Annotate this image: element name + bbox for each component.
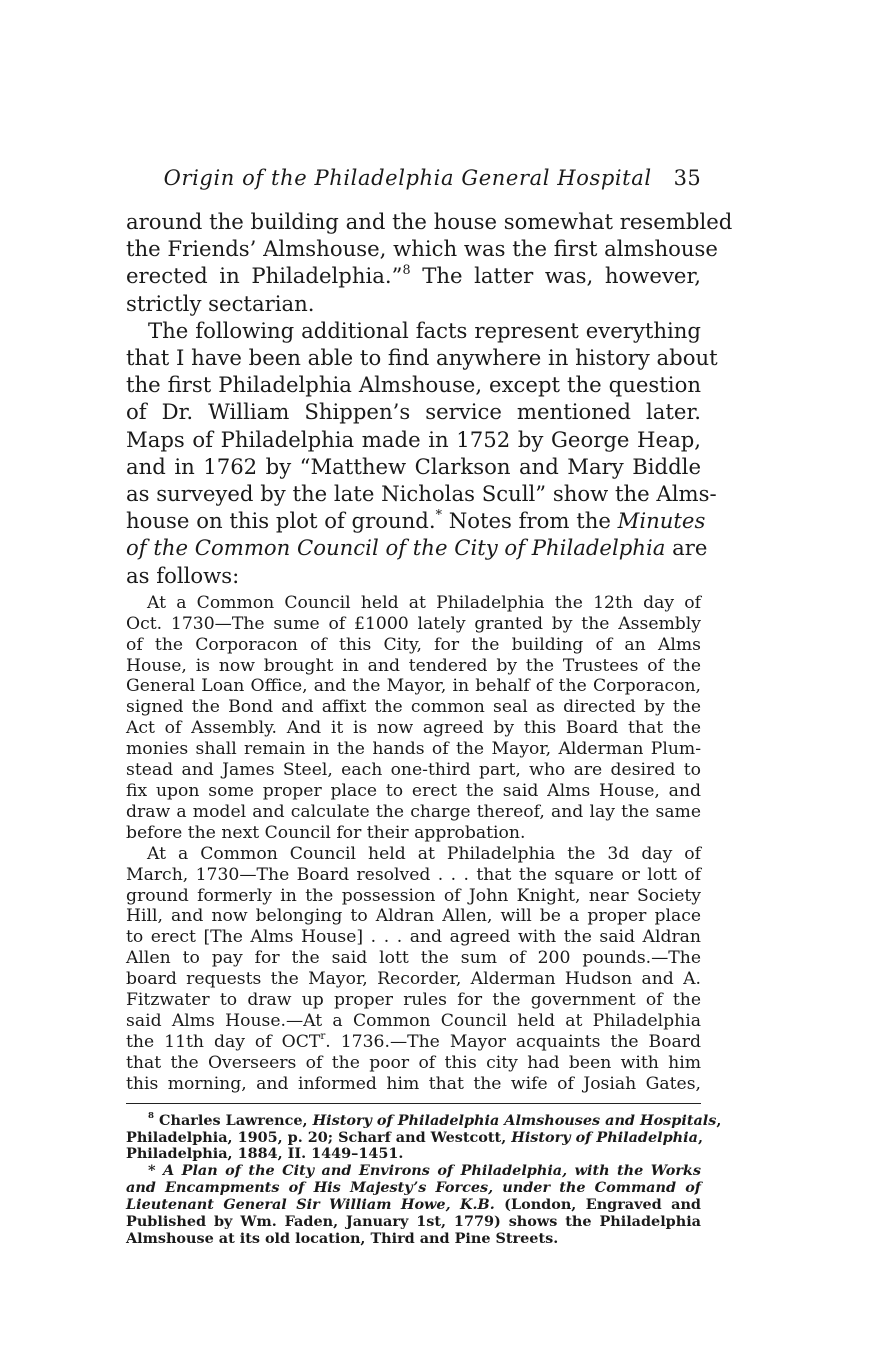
footnotes: 8 Charles Lawrence, History of Philadelp… (126, 1113, 701, 1248)
text-line: Maps of Philadelphia made in 1752 by Geo… (126, 426, 701, 453)
extract-line: the 11th day of OCTr. 1736.—The Mayor ac… (126, 1032, 701, 1053)
book-page: Origin of the Philadelphia General Hospi… (126, 166, 701, 1248)
text-line: around the building and the house somewh… (126, 208, 701, 235)
extract-line: March, 1730—The Board resolved . . . tha… (126, 865, 701, 886)
text-line: as surveyed by the late Nicholas Scull” … (126, 480, 701, 507)
extract-line: Allen to pay for the said lott the sum o… (126, 948, 701, 969)
text-line: strictly sectarian. (126, 290, 701, 317)
footnote-line: Philadelphia, 1884, II. 1449–1451. (126, 1146, 701, 1163)
extract-line: signed the Bond and affixt the common se… (126, 697, 701, 718)
text-line: the Friends’ Almshouse, which was the fi… (126, 235, 701, 262)
extract-line: Act of Assembly. And it is now agreed by… (126, 718, 701, 739)
extract-line: said Alms House.—At a Common Council hel… (126, 1011, 701, 1032)
text-line: erected in Philadelphia.”8 The latter wa… (126, 262, 701, 289)
footnote-ref-8: 8 (403, 262, 411, 277)
paragraph-1: around the building and the house somewh… (126, 208, 701, 317)
running-head: Origin of the Philadelphia General Hospi… (126, 166, 701, 196)
extract-line: Oct. 1730—The sume of £1000 lately grant… (126, 614, 701, 635)
extract-line: this morning, and informed him that the … (126, 1074, 701, 1095)
main-text: around the building and the house somewh… (126, 208, 701, 589)
extract-line: monies shall remain in the hands of the … (126, 739, 701, 760)
footnote-8: 8 Charles Lawrence, History of Philadelp… (126, 1113, 701, 1164)
extract-line: Fitzwater to draw up proper rules for th… (126, 990, 701, 1011)
extract-line: stead and James Steel, each one-third pa… (126, 760, 701, 781)
extract-line: General Loan Office, and the Mayor, in b… (126, 676, 701, 697)
footnote-line: and Encampments of His Majesty’s Forces,… (126, 1180, 701, 1197)
text-line: as follows: (126, 562, 701, 589)
footnote-line: Almshouse at its old location, Third and… (126, 1231, 701, 1248)
extract-line: At a Common Council held at Philadelphia… (126, 844, 701, 865)
minutes-extract: At a Common Council held at Philadelphia… (126, 593, 701, 1095)
page-number: 35 (674, 166, 701, 190)
extract-line: draw a model and calculate the charge th… (126, 802, 701, 823)
text-line: of the Common Council of the City of Phi… (126, 534, 701, 561)
footnote-line: Philadelphia, 1905, p. 20; Scharf and We… (126, 1130, 701, 1147)
footnote-line: 8 Charles Lawrence, History of Philadelp… (126, 1113, 701, 1130)
extract-line: Hill, and now belonging to Aldran Allen,… (126, 906, 701, 927)
footnote-line: Published by Wm. Faden, January 1st, 177… (126, 1214, 701, 1231)
extract-line: At a Common Council held at Philadelphia… (126, 593, 701, 614)
footnote-line: * A Plan of the City and Environs of Phi… (126, 1163, 701, 1180)
extract-line: of the Corporacon of this City, for the … (126, 635, 701, 656)
text-line: house on this plot of ground.* Notes fro… (126, 507, 701, 534)
paragraph-2: The following additional facts represent… (126, 317, 701, 589)
footnote-rule (126, 1103, 701, 1104)
text-line: the first Philadelphia Almshouse, except… (126, 371, 701, 398)
text-line: and in 1762 by “Matthew Clarkson and Mar… (126, 453, 701, 480)
text-line: of Dr. William Shippen’s service mention… (126, 398, 701, 425)
footnote-star: * A Plan of the City and Environs of Phi… (126, 1163, 701, 1248)
footnote-line: Lieutenant General Sir William Howe, K.B… (126, 1197, 701, 1214)
extract-line: fix upon some proper place to erect the … (126, 781, 701, 802)
extract-line: that the Overseers of the poor of this c… (126, 1053, 701, 1074)
text-line: The following additional facts represent… (126, 317, 701, 344)
extract-line: before the next Council for their approb… (126, 823, 701, 844)
footnote-ref-star: * (436, 507, 442, 522)
extract-line: House, is now brought in and tendered by… (126, 656, 701, 677)
extract-line: to erect [The Alms House] . . . and agre… (126, 927, 701, 948)
extract-line: ground formerly in the possession of Joh… (126, 886, 701, 907)
extract-line: board requests the Mayor, Recorder, Alde… (126, 969, 701, 990)
running-head-title: Origin of the Philadelphia General Hospi… (164, 166, 652, 190)
text-line: that I have been able to find anywhere i… (126, 344, 701, 371)
